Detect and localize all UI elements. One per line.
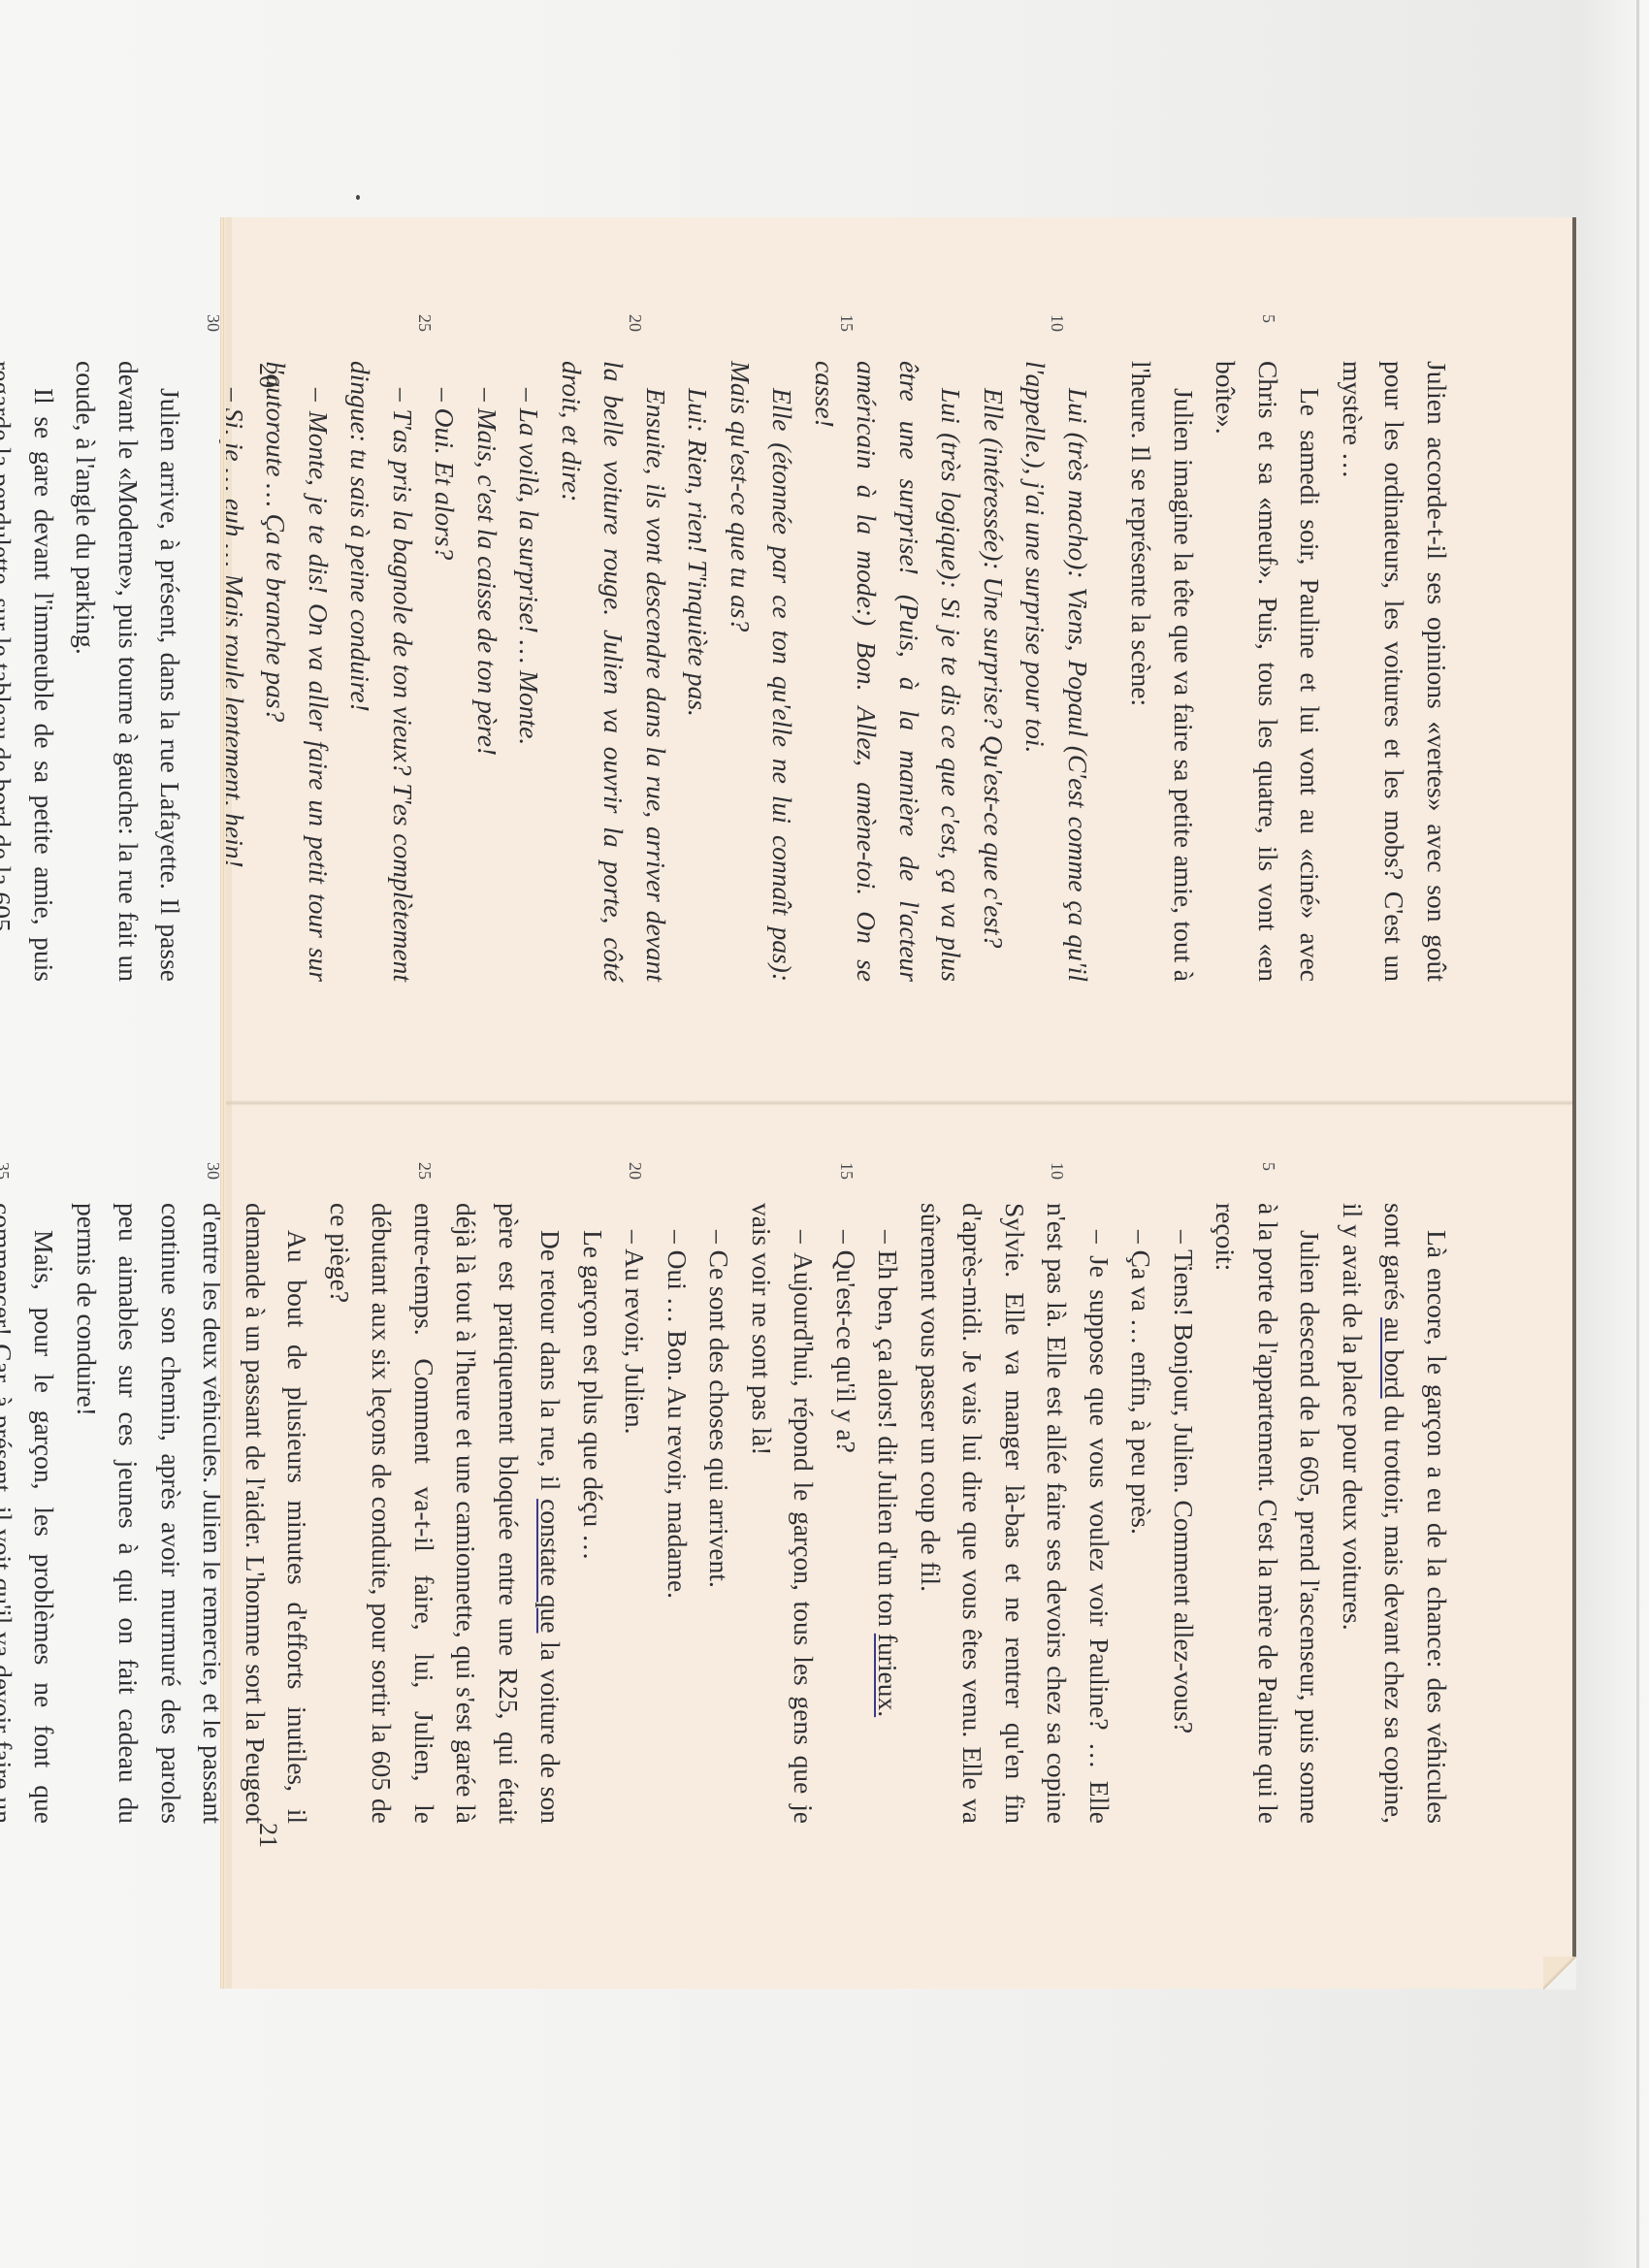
- page-21: 5101520253035 Là encore, le garçon a eu …: [226, 1106, 1572, 1989]
- page-number-20: 20: [253, 363, 282, 388]
- line-number: 20: [614, 314, 657, 332]
- text-run: – Ce sont des choses qui arrivent.: [705, 1230, 735, 1588]
- paragraph: Au bout de plusieurs minutes d'efforts i…: [66, 1203, 319, 1824]
- line-number: 5: [1247, 314, 1290, 323]
- paragraph: Il se gare devant l'immeuble de sa petit…: [0, 361, 65, 982]
- text-run: Elle (intéressée): Une surprise? Qu'est-…: [979, 388, 1009, 948]
- text-run: Mais, pour le garçon, les problèmes ne f…: [0, 1203, 60, 1824]
- text-run: – Aujourd'hui, répond le garçon, tous le…: [747, 1203, 820, 1824]
- text-run: Julien imagine la tête que va faire sa p…: [1127, 361, 1200, 982]
- text-run: Julien accorde-t-il ses opinions «vertes…: [1338, 361, 1452, 982]
- paragraph: – Ce sont des choses qui arrivent.: [698, 1203, 741, 1824]
- paragraph: – Mais, c'est la caisse de ton père!: [467, 361, 509, 982]
- text-run: Le samedi soir, Pauline et lui vont au «…: [1212, 361, 1326, 982]
- line-number: 10: [1036, 314, 1079, 332]
- text-run: Au bout de plusieurs minutes d'efforts i…: [72, 1203, 313, 1824]
- text-run: – Mais, c'est la caisse de ton père!: [472, 388, 502, 756]
- scanner-edge: [1636, 0, 1639, 2268]
- line-number: 25: [404, 314, 446, 332]
- text-run: Lui (très macho): Viens, Popaul (C'est c…: [1021, 361, 1094, 982]
- paragraph: Julien arrive, à présent, dans la rue La…: [65, 361, 192, 982]
- text-run: Ensuite, ils vont descendre dans la rue,…: [557, 361, 671, 982]
- paragraph: – Ça va … enfin, à peu près.: [1120, 1203, 1163, 1824]
- line-number: 35: [0, 1162, 23, 1180]
- line-number: 15: [825, 314, 868, 332]
- page-number-21: 21: [253, 1823, 282, 1848]
- text-run: – Oui … Bon. Au revoir, madame.: [663, 1230, 693, 1599]
- paragraph: Là encore, le garçon a eu de la chance: …: [1332, 1203, 1459, 1824]
- text-run: Elle (étonnée par ce ton qu'elle ne lui …: [726, 361, 798, 982]
- page-21-text: Là encore, le garçon a eu de la chance: …: [0, 1203, 1458, 1824]
- paragraph: De retour dans la rue, il constate que l…: [319, 1203, 572, 1824]
- line-number: 30: [192, 1162, 235, 1180]
- text-run: – Eh ben, ça alors! dit Julien d'un ton: [874, 1230, 904, 1634]
- text-run: Lui (très logique): Si je te dis ce que …: [810, 361, 967, 982]
- text-run: – Au revoir, Julien.: [621, 1230, 651, 1434]
- paragraph: – Au revoir, Julien.: [614, 1203, 657, 1824]
- line-number: 10: [1036, 1162, 1079, 1180]
- handwritten-underline: au bord: [1380, 1317, 1410, 1399]
- text-run: De retour dans la rue, il: [536, 1230, 566, 1499]
- paragraph: – Oui … Bon. Au revoir, madame.: [657, 1203, 699, 1824]
- text-run: – Tiens! Bonjour, Julien. Comment allez-…: [1169, 1230, 1199, 1733]
- paragraph: Lui: Rien, rien! T'inquiète pas.: [677, 361, 720, 982]
- handwritten-underline: constate que: [536, 1499, 566, 1633]
- paragraph: Lui (très macho): Viens, Popaul (C'est c…: [1015, 361, 1099, 982]
- text-run: – Ça va … enfin, à peu près.: [1127, 1230, 1157, 1535]
- text-run: Le garçon est plus que déçu …: [578, 1230, 608, 1561]
- paragraph: – Aujourd'hui, répond le garçon, tous le…: [741, 1203, 825, 1824]
- paragraph: – Je suppose que vous voulez voir Paulin…: [910, 1203, 1121, 1824]
- paragraph: – Si, je … euh … Mais roule lentement, h…: [213, 361, 256, 982]
- paragraph: – Oui. Et alors?: [424, 361, 467, 982]
- line-number: 15: [825, 1162, 868, 1180]
- text-run: – Qu'est-ce qu'il y a?: [831, 1230, 861, 1453]
- paragraph: Elle (étonnée par ce ton qu'elle ne lui …: [720, 361, 804, 982]
- page-20-text: Julien accorde-t-il ses opinions «vertes…: [0, 361, 1458, 982]
- paragraph: Elle (intéressée): Une surprise? Qu'est-…: [973, 361, 1016, 982]
- paragraph: – Eh ben, ça alors! dit Julien d'un ton …: [867, 1203, 910, 1824]
- paragraph: Lui (très logique): Si je te dis ce que …: [804, 361, 973, 982]
- paragraph: Le samedi soir, Pauline et lui vont au «…: [1205, 361, 1332, 982]
- line-number: 30: [192, 314, 235, 332]
- text-run: Julien arrive, à présent, dans la rue La…: [72, 361, 186, 982]
- paragraph: – La voilà, la surprise! … Monte.: [508, 361, 551, 982]
- paragraph: – T'as pris la bagnole de ton vieux? T'e…: [339, 361, 424, 982]
- text-run: Il se gare devant l'immeuble de sa petit…: [0, 361, 59, 982]
- text-run: – Je suppose que vous voulez voir Paulin…: [916, 1203, 1115, 1824]
- dust-speck: [356, 195, 360, 200]
- text-run: Julien descend de la 605, prend l'ascens…: [1212, 1203, 1326, 1824]
- paragraph: Julien descend de la 605, prend l'ascens…: [1205, 1203, 1332, 1824]
- text-run: – Oui. Et alors?: [431, 388, 461, 560]
- paragraph: Julien accorde-t-il ses opinions «vertes…: [1332, 361, 1459, 982]
- booklet-spread: 51015202530 Julien accorde-t-il ses opin…: [226, 217, 1576, 1989]
- line-number: 25: [404, 1162, 446, 1180]
- text-run: – La voilà, la surprise! … Monte.: [515, 388, 545, 745]
- paragraph: – Tiens! Bonjour, Julien. Comment allez-…: [1163, 1203, 1206, 1824]
- text-run: Lui: Rien, rien! T'inquiète pas.: [684, 388, 714, 717]
- text-run: – Si, je … euh … Mais roule lentement, h…: [219, 388, 249, 868]
- text-run: la voiture de son père est pratiquement …: [325, 1203, 566, 1824]
- line-number: 5: [1247, 1162, 1290, 1171]
- page-20: 51015202530 Julien accorde-t-il ses opin…: [226, 217, 1572, 1100]
- paragraph: – Qu'est-ce qu'il y a?: [825, 1203, 868, 1824]
- paragraph: Ensuite, ils vont descendre dans la rue,…: [551, 361, 678, 982]
- paragraph: Julien imagine la tête que va faire sa p…: [1120, 361, 1205, 982]
- paragraph: – Monte, je te dis! On va aller faire un…: [255, 361, 339, 982]
- paragraph: Mais, pour le garçon, les problèmes ne f…: [0, 1203, 66, 1824]
- line-number: 20: [614, 1162, 657, 1180]
- handwritten-underline: furieux.: [874, 1634, 904, 1717]
- paragraph: Le garçon est plus que déçu …: [572, 1203, 615, 1824]
- text-run: – Monte, je te dis! On va aller faire un…: [262, 361, 335, 982]
- text-run: – T'as pris la bagnole de ton vieux? T'e…: [346, 361, 419, 982]
